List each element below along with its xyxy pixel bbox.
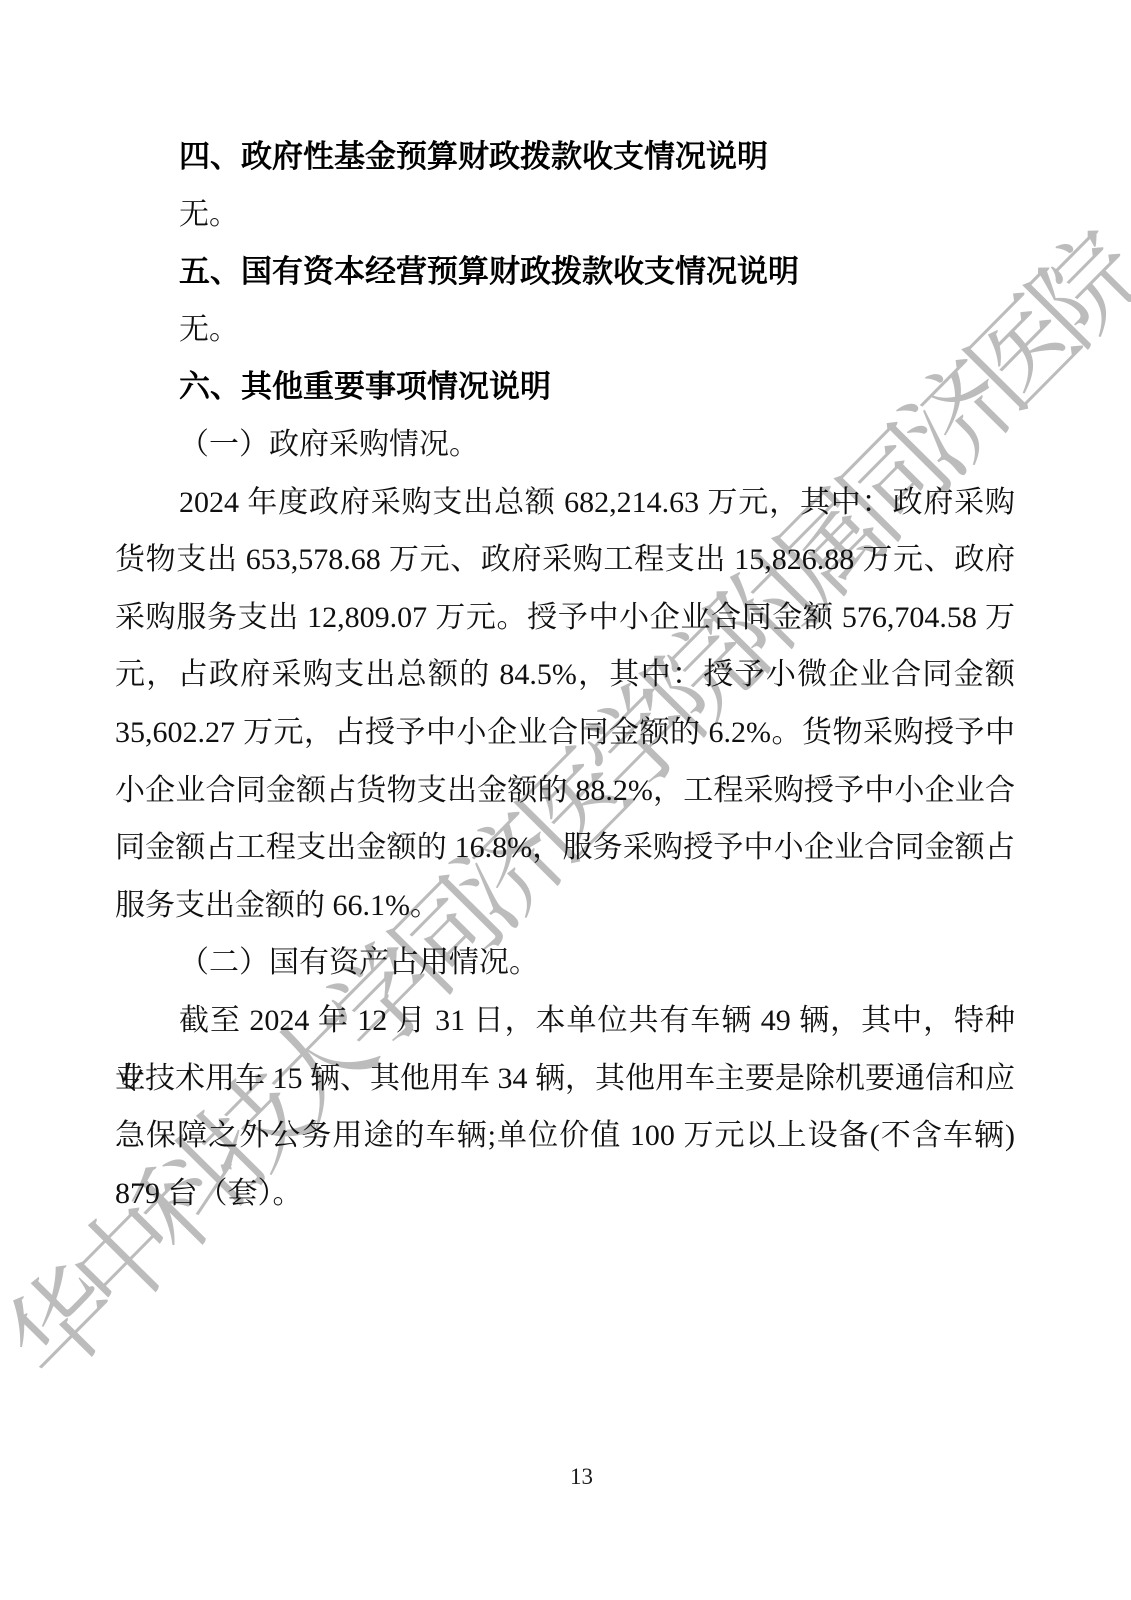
subsection-two-title: （二）国有资产占用情况。 bbox=[115, 934, 1015, 992]
procurement-paragraph-line: 小企业合同金额占货物支出金额的 88.2%，工程采购授予中小企业合 bbox=[115, 762, 1015, 820]
page-number: 13 bbox=[16, 1464, 1131, 1490]
procurement-paragraph-line: 同金额占工程支出金额的 16.8%，服务采购授予中小企业合同金额占 bbox=[115, 819, 1015, 877]
document-content: 四、政府性基金预算财政拨款收支情况说明 无。 五、国有资本经营预算财政拨款收支情… bbox=[115, 128, 1015, 1222]
assets-paragraph-line: 截至 2024 年 12 月 31 日，本单位共有车辆 49 辆，其中，特种专 bbox=[115, 992, 1015, 1050]
assets-paragraph-line: 业技术用车 15 辆、其他用车 34 辆，其他用车主要是除机要通信和应 bbox=[115, 1050, 1015, 1108]
procurement-paragraph-line: 采购服务支出 12,809.07 万元。授予中小企业合同金额 576,704.5… bbox=[115, 589, 1015, 647]
document-page: 华中科技大学同济医学院附属同济医院 四、政府性基金预算财政拨款收支情况说明 无。… bbox=[0, 0, 1131, 1600]
procurement-paragraph-line: 35,602.27 万元，占授予中小企业合同金额的 6.2%。货物采购授予中 bbox=[115, 704, 1015, 762]
procurement-paragraph-line: 服务支出金额的 66.1%。 bbox=[115, 877, 1015, 935]
procurement-paragraph-line: 货物支出 653,578.68 万元、政府采购工程支出 15,826.88 万元… bbox=[115, 531, 1015, 589]
assets-paragraph-line: 879 台（套）。 bbox=[115, 1165, 1015, 1223]
assets-paragraph-line: 急保障之外公务用途的车辆;单位价值 100 万元以上设备(不含车辆) bbox=[115, 1107, 1015, 1165]
none-statement-after-five: 无。 bbox=[115, 301, 1015, 359]
none-statement-after-four: 无。 bbox=[115, 186, 1015, 244]
subsection-one-title: （一）政府采购情况。 bbox=[115, 416, 1015, 474]
procurement-paragraph-line: 2024 年度政府采购支出总额 682,214.63 万元，其中：政府采购 bbox=[115, 474, 1015, 532]
heading-section-five: 五、国有资本经营预算财政拨款收支情况说明 bbox=[115, 243, 1015, 301]
heading-section-six: 六、其他重要事项情况说明 bbox=[115, 358, 1015, 416]
procurement-paragraph-line: 元，占政府采购支出总额的 84.5%，其中：授予小微企业合同金额 bbox=[115, 646, 1015, 704]
heading-section-four: 四、政府性基金预算财政拨款收支情况说明 bbox=[115, 128, 1015, 186]
